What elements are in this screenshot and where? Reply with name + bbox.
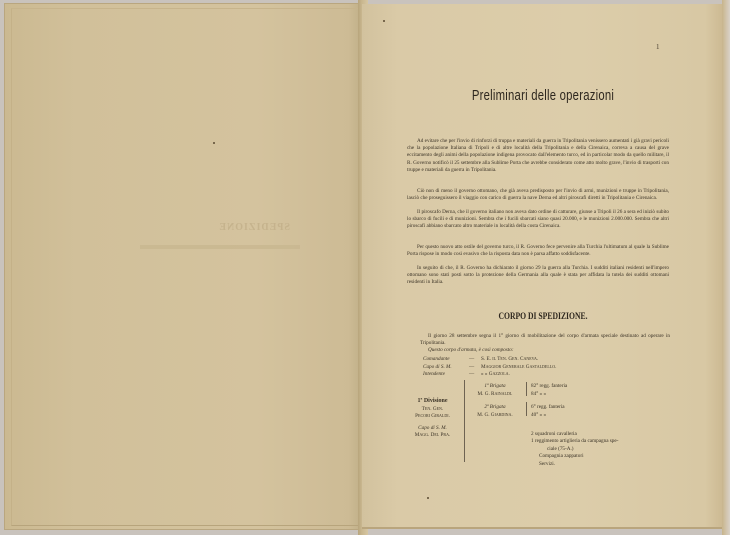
brigade-2-regiments: 6° regg. fanteria 40° » » <box>531 404 565 419</box>
section-intro: Il giorno 28 settembre segna il 1° giorn… <box>420 333 670 355</box>
table-divider <box>526 402 527 416</box>
left-page <box>4 3 364 530</box>
page-number: 1 <box>656 43 660 51</box>
section-heading: CORPO DI SPEDIZIONE. <box>389 311 697 321</box>
staff-row: Comandante — S. E. il Ten. Gen. Caneva. <box>423 356 556 364</box>
brigade-2: 2ª Brigata M. G. Giardina. <box>466 404 524 419</box>
other-units: 2 squadroni cavalleria 1 reggimento arti… <box>531 431 671 468</box>
table-divider <box>464 380 465 462</box>
bleed-through-line <box>140 245 300 249</box>
paragraph-1: Ad evitare che per l'invio di rinforzi d… <box>407 138 669 174</box>
paper-speck <box>383 20 385 22</box>
paper-speck <box>213 142 215 144</box>
left-page-edge <box>11 8 364 526</box>
brigade-1-regiments: 82° regg. fanteria 84° » » <box>531 383 567 398</box>
page-title: Preliminari delle operazioni <box>402 88 684 104</box>
paragraph-5: In seguito di che, il R. Governo ha dich… <box>407 265 669 287</box>
brigade-1: 1ª Brigata M. G. Rainaldi. <box>466 383 524 398</box>
book-spread: SPEDIZIONE 1 Preliminari delle operazion… <box>0 0 730 535</box>
paragraph-3: Il piroscafo Derna, che il governo itali… <box>407 209 669 231</box>
command-staff-list: Comandante — S. E. il Ten. Gen. Caneva. … <box>423 356 556 379</box>
bleed-through-text: SPEDIZIONE <box>170 222 290 233</box>
paragraph-2: Ciò non di meno il governo ottomano, che… <box>407 188 669 202</box>
staff-row: Capo di S. M. — Maggior Generale Gastald… <box>423 364 556 372</box>
staff-row: Intendente — » » Gazzola. <box>423 371 556 379</box>
division-info: 1ª Divisione Ten. Gen. Pecori Giraldi. C… <box>405 398 460 440</box>
paragraph-4: Per questo nuovo atto ostile del governo… <box>407 244 669 258</box>
paper-speck <box>427 497 429 499</box>
table-divider <box>526 382 527 396</box>
right-page-edge <box>722 0 730 535</box>
